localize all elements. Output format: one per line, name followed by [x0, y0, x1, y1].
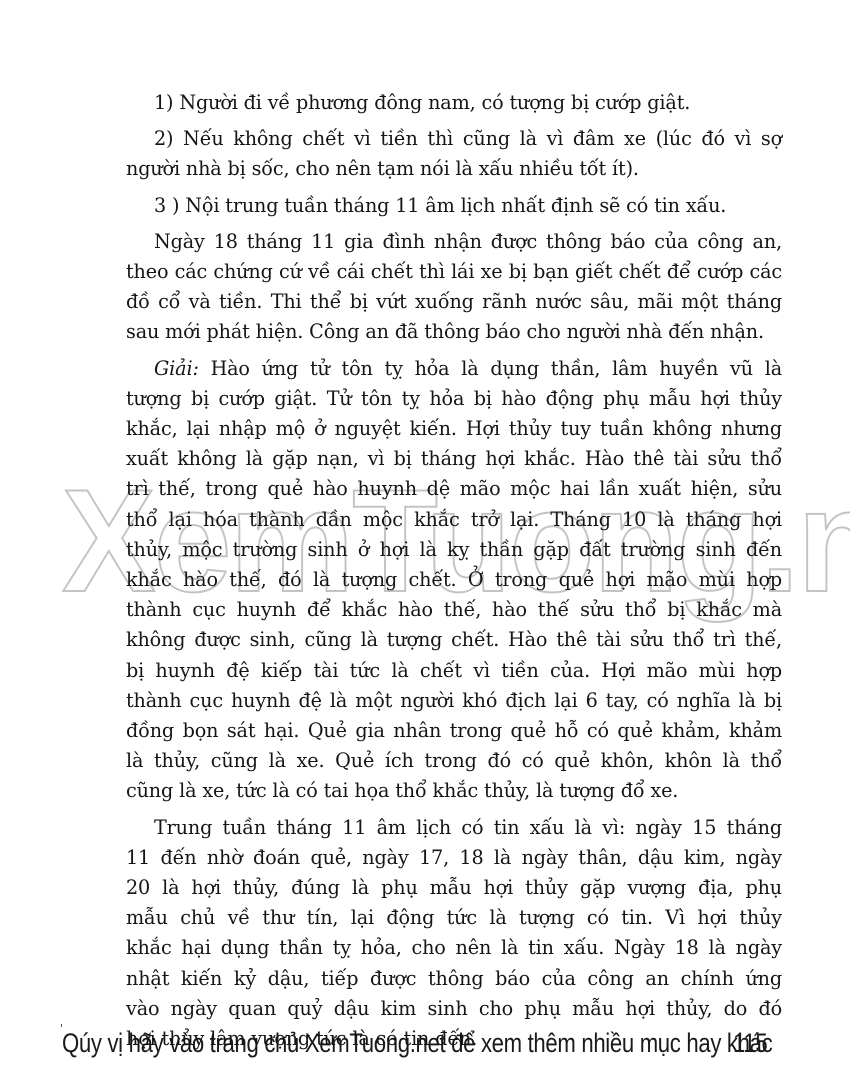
text-line: không được sinh, cũng là tượng chết. Hào…: [126, 625, 782, 655]
text-line: người nhà bị sốc, cho nên tạm nói là xấu…: [126, 154, 782, 184]
text-line: sau mới phát hiện. Công an đã thông báo …: [126, 317, 782, 347]
body-text: 1) Người đi về phương đông nam, có tượng…: [126, 88, 782, 1060]
text-line: nhật kiến kỷ dậu, tiếp được thông báo củ…: [126, 964, 782, 994]
text-line: trì thế, trong quẻ hào huynh dệ mão mộc …: [126, 474, 782, 504]
text-line: 2) Nếu không chết vì tiền thì cũng là vì…: [126, 124, 782, 154]
text-line: vào ngày quan quỷ dậu kim sinh cho phụ m…: [126, 994, 782, 1024]
text-line: thủy, mộc trường sinh ở hợi là kỵ thần g…: [126, 535, 782, 565]
text-line: 20 là hợi thủy, đúng là phụ mẫu hợi thủy…: [126, 873, 782, 903]
explanation-label: Giải:: [154, 357, 199, 380]
text-line: khắc hào thế, đó là tượng chết. Ở trong …: [126, 565, 782, 595]
text-line: mẫu chủ về thư tín, lại động tức là tượn…: [126, 903, 782, 933]
paragraph-item-1: 1) Người đi về phương đông nam, có tượng…: [126, 88, 782, 118]
paragraph-item-2: 2) Nếu không chết vì tiền thì cũng là vì…: [126, 124, 782, 184]
text-line: thành cục huynh đệ là một người khó địch…: [126, 686, 782, 716]
text-line: 1) Người đi về phương đông nam, có tượng…: [126, 88, 782, 118]
text-line: thành cục huynh để khắc hào thế, hào thế…: [126, 595, 782, 625]
text-line: 3 ) Nội trung tuần tháng 11 âm lịch nhất…: [126, 191, 782, 221]
text-line: Ngày 18 tháng 11 gia đình nhận được thôn…: [126, 227, 782, 257]
text-line: Trung tuần tháng 11 âm lịch có tin xấu l…: [126, 813, 782, 843]
scan-mark: [61, 1024, 62, 1027]
text-line-rest: Hào ứng tử tôn tỵ hỏa là dụng thần, lâm …: [199, 357, 782, 380]
text-line: theo các chứng cứ về cái chết thì lái xe…: [126, 257, 782, 287]
text-line: đồ cổ và tiền. Thi thể bị vứt xuống rãnh…: [126, 287, 782, 317]
text-line: Giải: Hào ứng tử tôn tỵ hỏa là dụng thần…: [126, 354, 782, 384]
text-line: cũng là xe, tức là có tai họa thổ khắc t…: [126, 776, 782, 806]
paragraph-outcome: Ngày 18 tháng 11 gia đình nhận được thôn…: [126, 227, 782, 348]
text-line: thổ lại hóa thành dần mộc khắc trở lại. …: [126, 505, 782, 535]
text-line: xuất không là gặp nạn, vì bị tháng hợi k…: [126, 444, 782, 474]
text-line: bị huynh đệ kiếp tài tức là chết vì tiền…: [126, 656, 782, 686]
text-line: hợi thủy lâm vượng tức là có tin đến.: [126, 1024, 782, 1054]
text-line: đồng bọn sát hại. Quẻ gia nhân trong quẻ…: [126, 716, 782, 746]
text-line: là thủy, cũng là xe. Quẻ ích trong đó có…: [126, 746, 782, 776]
paragraph-item-3: 3 ) Nội trung tuần tháng 11 âm lịch nhất…: [126, 191, 782, 221]
paragraph-explanation: Giải: Hào ứng tử tôn tỵ hỏa là dụng thần…: [126, 354, 782, 807]
text-line: khắc, lại nhập mộ ở nguyệt kiến. Hợi thủ…: [126, 414, 782, 444]
text-line: 11 đến nhờ đoán quẻ, ngày 17, 18 là ngày…: [126, 843, 782, 873]
paragraph-timing: Trung tuần tháng 11 âm lịch có tin xấu l…: [126, 813, 782, 1055]
document-page: XemTuong.net 1) Người đi về phương đông …: [0, 0, 850, 1076]
text-line: khắc hại dụng thần tỵ hỏa, cho nên là ti…: [126, 933, 782, 963]
text-line: tượng bị cướp giật. Tử tôn tỵ hỏa bị hào…: [126, 384, 782, 414]
